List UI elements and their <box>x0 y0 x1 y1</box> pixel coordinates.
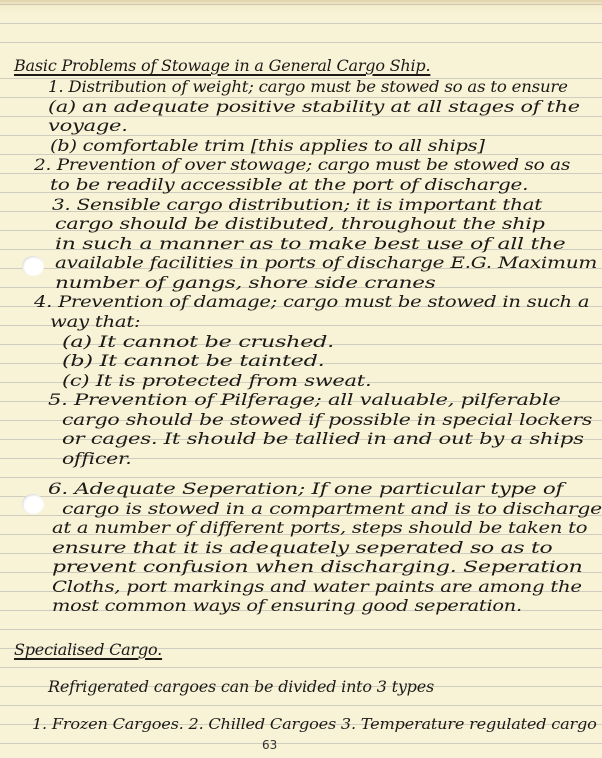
page-number: 63 <box>262 738 277 752</box>
note-line: 5. Prevention of Pilferage; all valuable… <box>48 391 561 409</box>
note-line: most common ways of ensuring good sepera… <box>52 597 522 615</box>
punch-hole <box>22 256 44 276</box>
note-line: to be readily accessible at the port of … <box>50 176 528 194</box>
note-line: cargo should be distibuted, throughout t… <box>55 215 545 233</box>
cargo-types-list: 1. Frozen Cargoes. 2. Chilled Cargoes 3.… <box>32 715 597 733</box>
note-line: cargo is stowed in a compartment and is … <box>62 500 602 518</box>
note-line: number of gangs, shore side cranes <box>55 274 435 292</box>
note-line: 6. Adequate Seperation; If one particula… <box>48 480 563 498</box>
note-line: available facilities in ports of dischar… <box>55 254 597 272</box>
note-line: 3. Sensible cargo distribution; it is im… <box>52 196 542 214</box>
note-line: voyage. <box>48 117 128 135</box>
handwritten-notes-page: Basic Problems of Stowage in a General C… <box>0 0 602 758</box>
note-line: prevent confusion when discharging. Sepe… <box>52 558 583 576</box>
note-line: (b) comfortable trim [this applies to al… <box>50 137 485 155</box>
note-line: (a) an adequate positive stability at al… <box>48 98 580 116</box>
note-line: (c) It is protected from sweat. <box>62 372 371 390</box>
page-title: Basic Problems of Stowage in a General C… <box>14 56 430 75</box>
note-line: at a number of different ports, steps sh… <box>52 519 587 537</box>
note-line: or cages. It should be tallied in and ou… <box>62 430 584 448</box>
note-line: in such a manner as to make best use of … <box>55 235 565 253</box>
note-line: ensure that it is adequately seperated s… <box>52 539 552 557</box>
note-line: cargo should be stowed if possible in sp… <box>62 411 592 429</box>
note-line: officer. <box>62 450 132 468</box>
note-line: 4. Prevention of damage; cargo must be s… <box>34 293 589 311</box>
section-title-specialised-cargo: Specialised Cargo. <box>14 640 162 659</box>
note-line: 2. Prevention of over stowage; cargo mus… <box>34 156 570 174</box>
note-line: (a) It cannot be crushed. <box>62 333 334 351</box>
note-line: way that: <box>50 313 140 331</box>
section-intro: Refrigerated cargoes can be divided into… <box>48 677 434 696</box>
note-line: 1. Distribution of weight; cargo must be… <box>48 78 568 96</box>
punch-hole <box>22 494 44 514</box>
note-line: (b) It cannot be tainted. <box>62 352 324 370</box>
note-line: Cloths, port markings and water paints a… <box>52 578 582 596</box>
